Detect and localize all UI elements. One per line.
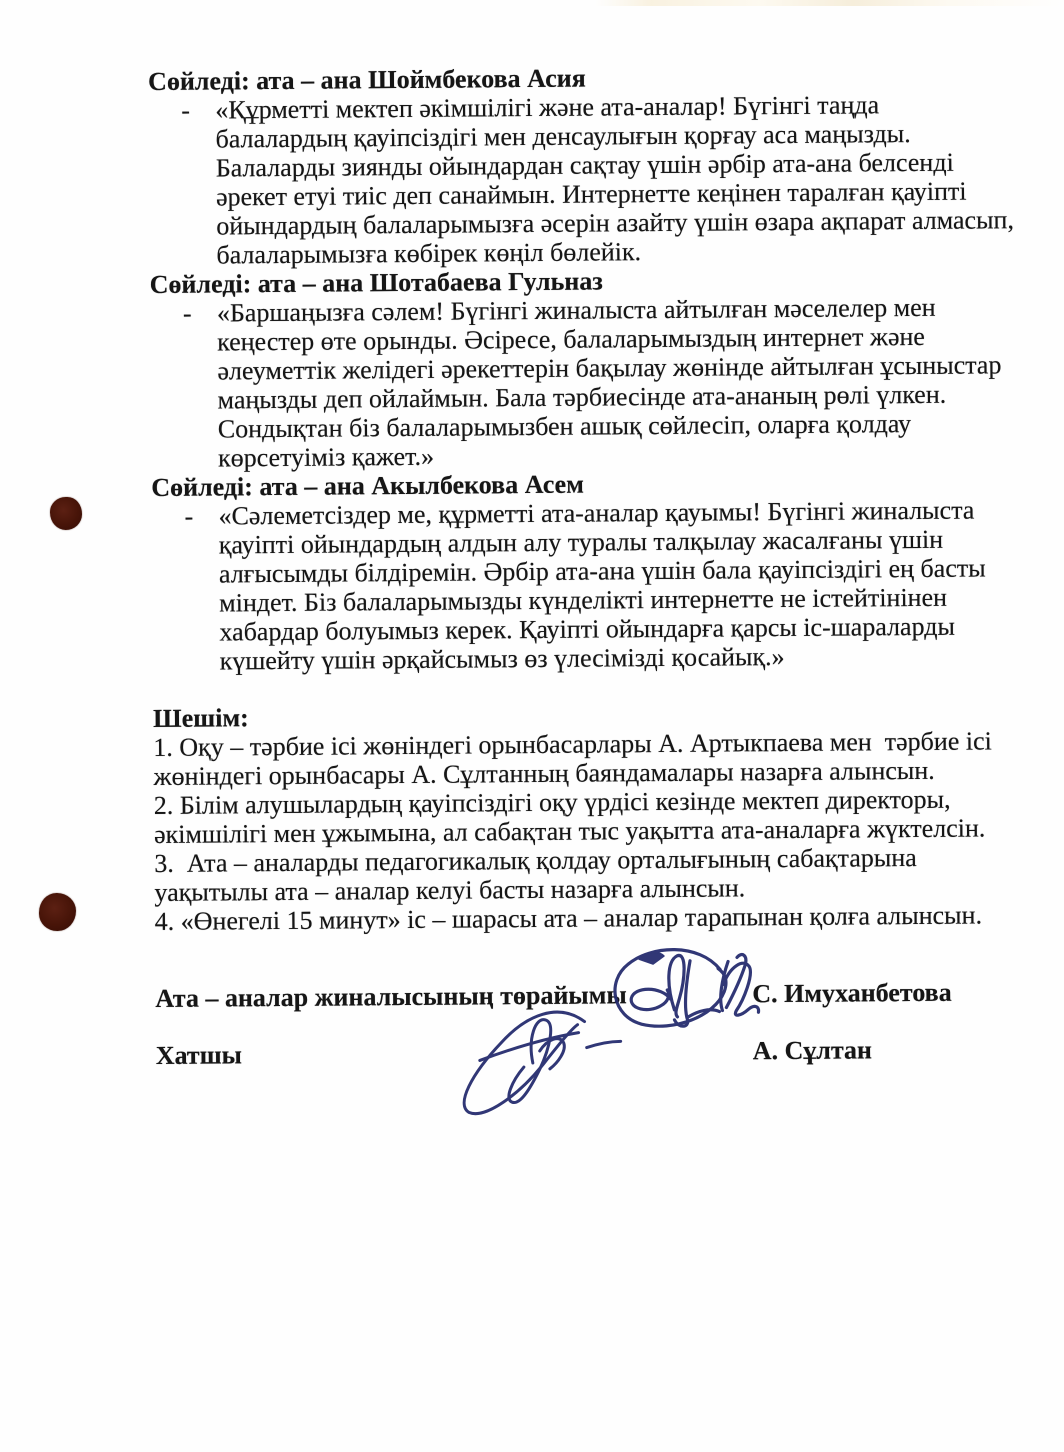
- text-line: күшейту үшін әрқайсымыз өз үлесімізді қо…: [220, 640, 1023, 675]
- secretary-name: А. Сұлтан: [753, 1035, 872, 1065]
- scan-edge-artifact: [595, 0, 1064, 6]
- scanned-document-page: Сөйледі: ата – ана Шоймбекова Асия - «Құ…: [0, 0, 1064, 1452]
- bullet-dash: -: [183, 299, 192, 328]
- bullet-dash: -: [181, 96, 190, 125]
- ink-stain: [39, 893, 76, 931]
- speech-body: - «Құрметті мектеп әкімшілігі және ата-а…: [148, 89, 1019, 270]
- speech-body: - «Сәлеметсіздер ме, құрметті ата-аналар…: [151, 495, 1022, 676]
- signature-block: Ата – аналар жиналысының төрайымы С. Иму…: [155, 977, 1027, 1234]
- secretary-signature: [463, 1012, 585, 1114]
- chair-name: С. Имуханбетова: [752, 978, 952, 1009]
- speech-body: - «Баршаңызға сәлем! Бүгінгі жиналыста а…: [150, 292, 1021, 473]
- ink-stain: [50, 497, 82, 530]
- document-body: Сөйледі: ата – ана Шоймбекова Асия - «Құ…: [148, 60, 1027, 1234]
- secretary-title: Хатшы: [156, 1040, 242, 1070]
- decision-section: Шешім: 1. Оқу – тәрбие ісі жөніндегі оры…: [153, 697, 1025, 936]
- handwritten-signatures: [427, 916, 769, 1129]
- bullet-dash: -: [184, 502, 193, 531]
